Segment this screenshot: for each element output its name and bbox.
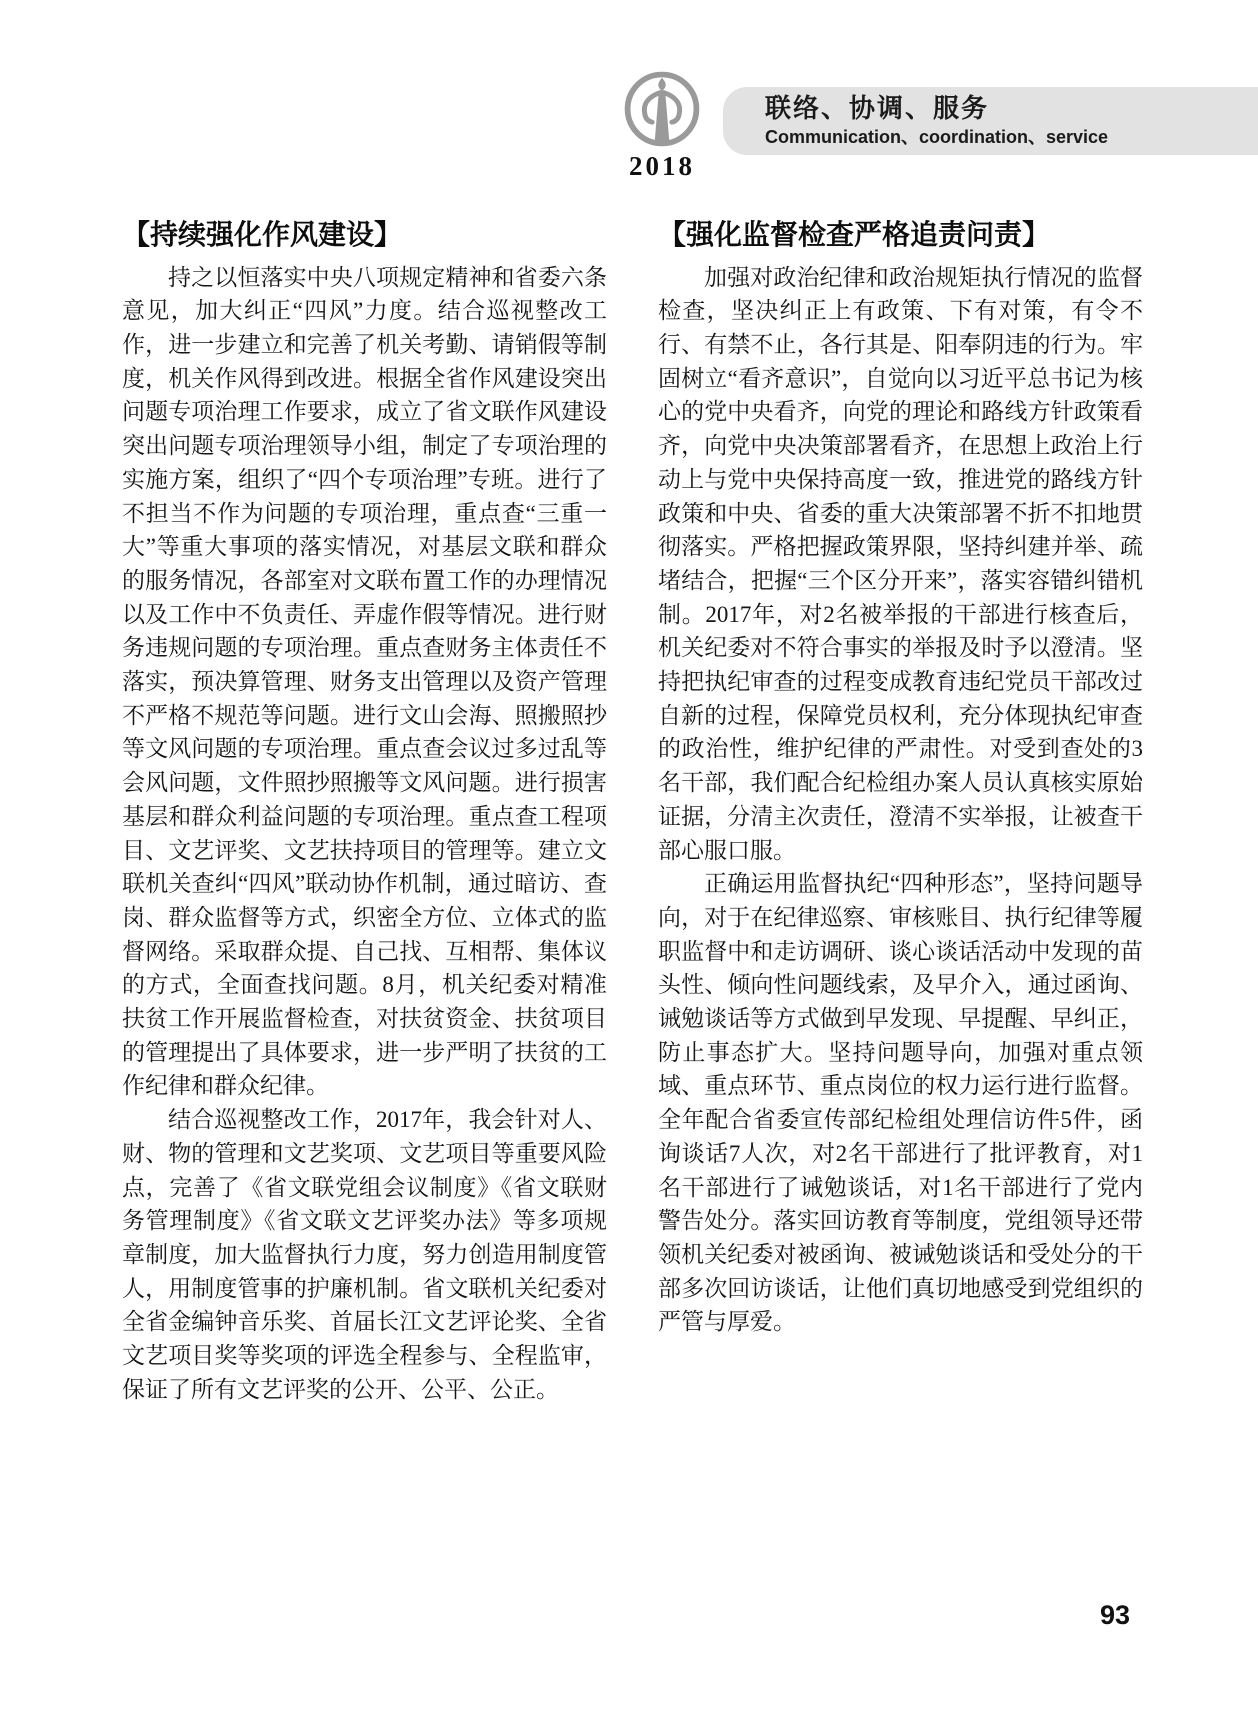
right-paragraph-1: 加强对政治纪律和政治规矩执行情况的监督检查，坚决纠正上有政策、下有对策，有令不行… [658,261,1143,868]
left-paragraph-1: 持之以恒落实中央八项规定精神和省委六条意见，加大纠正“四风”力度。结合巡视整改工… [122,261,607,1104]
page-content: 【持续强化作风建设】 持之以恒落实中央八项规定精神和省委六条意见，加大纠正“四风… [122,218,1143,1407]
logo-block: 2018 [608,68,716,180]
banner-title-cn: 联络、协调、服务 [765,94,1258,124]
document-page: 2018 联络、协调、服务 Communication、coordination… [0,0,1258,1719]
cflac-emblem-icon [608,68,716,150]
right-column: 【强化监督检查严格追责问责】 加强对政治纪律和政治规矩执行情况的监督检查，坚决纠… [658,218,1143,1407]
logo-year: 2018 [608,153,716,180]
section-heading-supervision: 【强化监督检查严格追责问责】 [658,218,1143,252]
left-column: 【持续强化作风建设】 持之以恒落实中央八项规定精神和省委六条意见，加大纠正“四风… [122,218,607,1407]
page-number: 93 [1100,1600,1130,1631]
section-heading-work-style: 【持续强化作风建设】 [122,218,607,252]
banner-title-en: Communication、coordination、service [765,127,1258,149]
header-banner: 联络、协调、服务 Communication、coordination、serv… [723,87,1258,155]
left-paragraph-2: 结合巡视整改工作，2017年，我会针对人、财、物的管理和文艺奖项、文艺项目等重要… [122,1103,607,1406]
right-paragraph-2: 正确运用监督执纪“四种形态”，坚持问题导向，对于在纪律巡察、审核账目、执行纪律等… [658,867,1143,1339]
